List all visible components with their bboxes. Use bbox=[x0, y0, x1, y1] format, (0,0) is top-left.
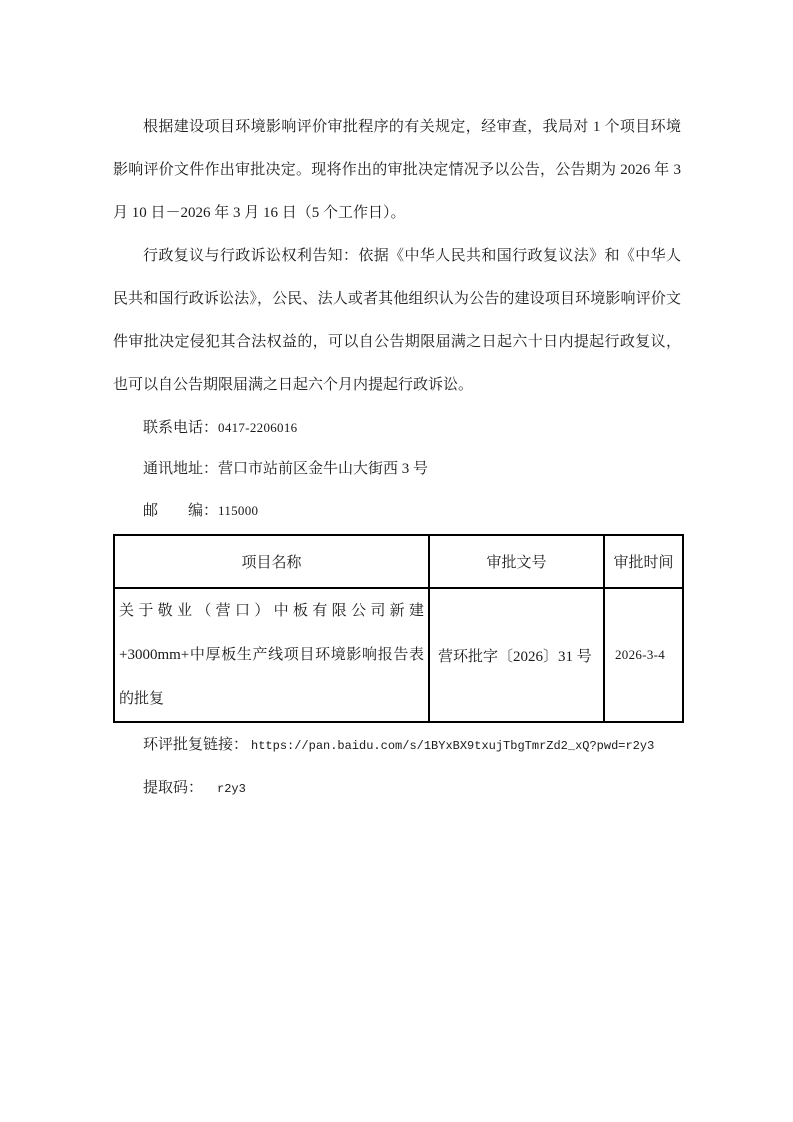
extraction-code-value: r2y3 bbox=[217, 782, 246, 796]
phone-line: 联系电话：0417-2206016 bbox=[113, 407, 681, 449]
document-content: 根据建设项目环境影响评价审批程序的有关规定，经审查，我局对 1 个项目环境影响评… bbox=[113, 106, 681, 810]
address-value: 营口市站前区金牛山大街西 3 号 bbox=[218, 461, 428, 477]
approval-link-url[interactable]: https://pan.baidu.com/s/1BYxBX9txujTbgTm… bbox=[251, 739, 654, 753]
table-row: 关于敬业（营口）中板有限公司新建+3000mm+中厚板生产线项目环境影响报告表的… bbox=[114, 588, 683, 722]
address-line: 通讯地址：营口市站前区金牛山大街西 3 号 bbox=[113, 449, 681, 490]
column-header-approval-date: 审批时间 bbox=[604, 535, 683, 588]
column-header-approval-number: 审批文号 bbox=[429, 535, 604, 588]
phone-label: 联系电话： bbox=[143, 420, 218, 436]
phone-value: 0417-2206016 bbox=[218, 420, 297, 435]
extraction-code-line: 提取码：r2y3 bbox=[113, 768, 681, 810]
postcode-line: 邮 编：115000 bbox=[113, 490, 681, 532]
paragraph-approval-announcement: 根据建设项目环境影响评价审批程序的有关规定，经审查，我局对 1 个项目环境影响评… bbox=[113, 106, 681, 235]
cell-approval-number: 营环批字〔2026〕31 号 bbox=[429, 588, 604, 722]
approval-link-line: 环评批复链接：https://pan.baidu.com/s/1BYxBX9tx… bbox=[113, 724, 681, 768]
header-row: 项目名称 审批文号 审批时间 bbox=[114, 535, 683, 588]
postcode-value: 115000 bbox=[218, 503, 258, 518]
extraction-code-label: 提取码： bbox=[143, 780, 203, 796]
cell-project-name: 关于敬业（营口）中板有限公司新建+3000mm+中厚板生产线项目环境影响报告表的… bbox=[114, 588, 429, 722]
column-header-project-name: 项目名称 bbox=[114, 535, 429, 588]
document-page: 根据建设项目环境影响评价审批程序的有关规定，经审查，我局对 1 个项目环境影响评… bbox=[0, 0, 793, 1122]
paragraph-rights-notice: 行政复议与行政诉讼权利告知：依据《中华人民共和国行政复议法》和《中华人民共和国行… bbox=[113, 235, 681, 407]
postcode-label: 邮 编： bbox=[143, 503, 218, 519]
approval-table: 项目名称 审批文号 审批时间 关于敬业（营口）中板有限公司新建+3000mm+中… bbox=[113, 534, 684, 723]
approval-table-header: 项目名称 审批文号 审批时间 bbox=[114, 535, 683, 588]
approval-table-body: 关于敬业（营口）中板有限公司新建+3000mm+中厚板生产线项目环境影响报告表的… bbox=[114, 588, 683, 722]
approval-link-label: 环评批复链接： bbox=[143, 737, 248, 753]
address-label: 通讯地址： bbox=[143, 461, 218, 477]
cell-approval-date: 2026-3-4 bbox=[604, 588, 683, 722]
